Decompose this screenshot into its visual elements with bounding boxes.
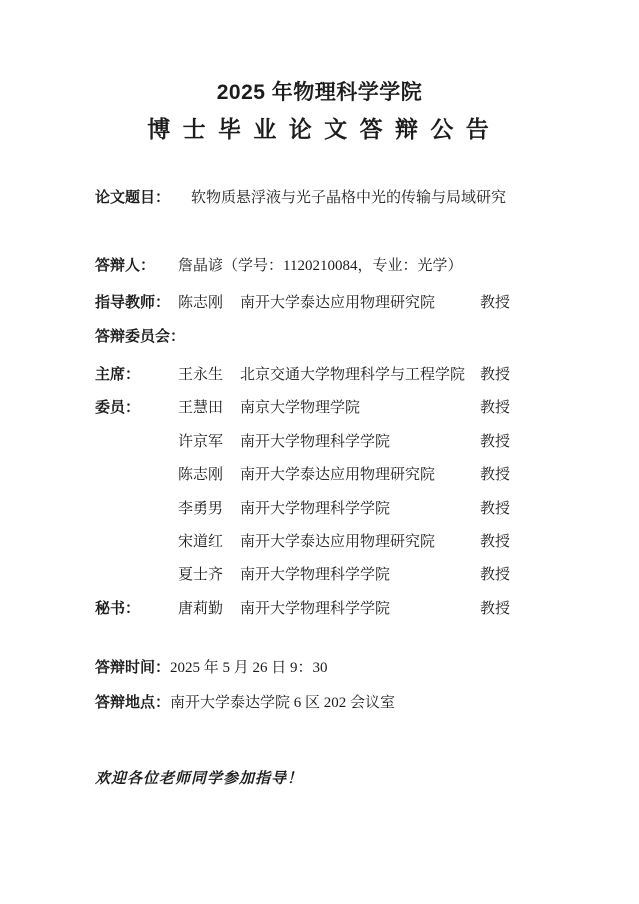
committee-member-title: 教授 — [480, 559, 510, 592]
welcome-note: 欢迎各位老师同学参加指导！ — [95, 767, 579, 788]
document-body: 论文题目： 软物质悬浮液与光子晶格中光的传输与局域研究 答辩人： 詹晶谚（学号：… — [95, 188, 579, 788]
committee-row-member: 夏士齐 南开大学物理科学学院 教授 — [95, 559, 579, 592]
defense-place-label: 答辩地点： — [95, 695, 170, 711]
defense-time-row: 答辩时间：2025 年 5 月 26 日 9：30 — [95, 658, 579, 679]
committee-member-institution: 北京交通大学物理科学与工程学院 — [240, 359, 480, 392]
committee-member-institution: 南京大学物理学院 — [240, 392, 480, 425]
committee-member-name: 王慧田 — [178, 392, 240, 425]
committee-member-institution: 南开大学泰达应用物理研究院 — [240, 526, 480, 559]
thesis-topic-row: 论文题目： 软物质悬浮液与光子晶格中光的传输与局域研究 — [95, 188, 579, 209]
committee-table: 主席： 王永生 北京交通大学物理科学与工程学院 教授 委员： 王慧田 南京大学物… — [95, 359, 579, 626]
defense-place-row: 答辩地点：南开大学泰达学院 6 区 202 会议室 — [95, 693, 579, 714]
committee-member-institution: 南开大学物理科学学院 — [240, 493, 480, 526]
committee-role-label — [95, 459, 178, 492]
committee-member-name: 唐莉勤 — [178, 593, 240, 626]
supervisor-title: 教授 — [480, 293, 510, 314]
committee-member-name: 许京军 — [178, 426, 240, 459]
committee-member-name: 夏士齐 — [178, 559, 240, 592]
committee-heading: 答辩委员会： — [95, 327, 579, 348]
defense-time-label: 答辩时间： — [95, 660, 170, 676]
committee-row-chair: 主席： 王永生 北京交通大学物理科学与工程学院 教授 — [95, 359, 579, 392]
committee-member-title: 教授 — [480, 392, 510, 425]
committee-member-institution: 南开大学物理科学学院 — [240, 593, 480, 626]
supervisor-label: 指导教师： — [95, 293, 178, 314]
candidate-row: 答辩人： 詹晶谚（学号：1120210084，专业：光学） — [95, 256, 579, 277]
supervisor-row: 指导教师： 陈志刚 南开大学泰达应用物理研究院 教授 — [95, 293, 579, 314]
committee-member-title: 教授 — [480, 426, 510, 459]
committee-role-label: 委员： — [95, 392, 178, 425]
document-title-line1: 2025 年物理科学学院 — [0, 80, 639, 106]
committee-role-label — [95, 493, 178, 526]
supervisor-institution: 南开大学泰达应用物理研究院 — [240, 293, 480, 314]
document-title-line2: 博 士 毕 业 论 文 答 辩 公 告 — [0, 114, 639, 144]
committee-role-label — [95, 559, 178, 592]
committee-row-member: 李勇男 南开大学物理科学学院 教授 — [95, 493, 579, 526]
committee-member-title: 教授 — [480, 459, 510, 492]
committee-row-member: 许京军 南开大学物理科学学院 教授 — [95, 426, 579, 459]
defense-place-value: 南开大学泰达学院 6 区 202 会议室 — [170, 695, 395, 711]
announcement-page: 2025 年物理科学学院 博 士 毕 业 论 文 答 辩 公 告 论文题目： 软… — [0, 0, 639, 904]
committee-member-institution: 南开大学物理科学学院 — [240, 559, 480, 592]
committee-member-institution: 南开大学物理科学学院 — [240, 426, 480, 459]
committee-member-name: 李勇男 — [178, 493, 240, 526]
committee-member-institution: 南开大学泰达应用物理研究院 — [240, 459, 480, 492]
supervisor-name: 陈志刚 — [178, 293, 240, 314]
committee-member-name: 陈志刚 — [178, 459, 240, 492]
thesis-topic-label: 论文题目： — [95, 188, 178, 209]
committee-role-label: 秘书： — [95, 593, 178, 626]
committee-role-label: 主席： — [95, 359, 178, 392]
committee-row-member: 委员： 王慧田 南京大学物理学院 教授 — [95, 392, 579, 425]
committee-member-title: 教授 — [480, 526, 510, 559]
committee-row-member: 陈志刚 南开大学泰达应用物理研究院 教授 — [95, 459, 579, 492]
candidate-label: 答辩人： — [95, 256, 178, 277]
committee-member-title: 教授 — [480, 493, 510, 526]
committee-member-name: 王永生 — [178, 359, 240, 392]
defense-time-value: 2025 年 5 月 26 日 9：30 — [170, 660, 328, 676]
committee-role-label — [95, 526, 178, 559]
committee-role-label — [95, 426, 178, 459]
committee-member-title: 教授 — [480, 359, 510, 392]
committee-row-member: 宋道红 南开大学泰达应用物理研究院 教授 — [95, 526, 579, 559]
committee-member-name: 宋道红 — [178, 526, 240, 559]
committee-row-secretary: 秘书： 唐莉勤 南开大学物理科学学院 教授 — [95, 593, 579, 626]
candidate-info: 詹晶谚（学号：1120210084，专业：光学） — [178, 256, 462, 277]
committee-member-title: 教授 — [480, 593, 510, 626]
thesis-topic-text: 软物质悬浮液与光子晶格中光的传输与局域研究 — [191, 188, 506, 209]
